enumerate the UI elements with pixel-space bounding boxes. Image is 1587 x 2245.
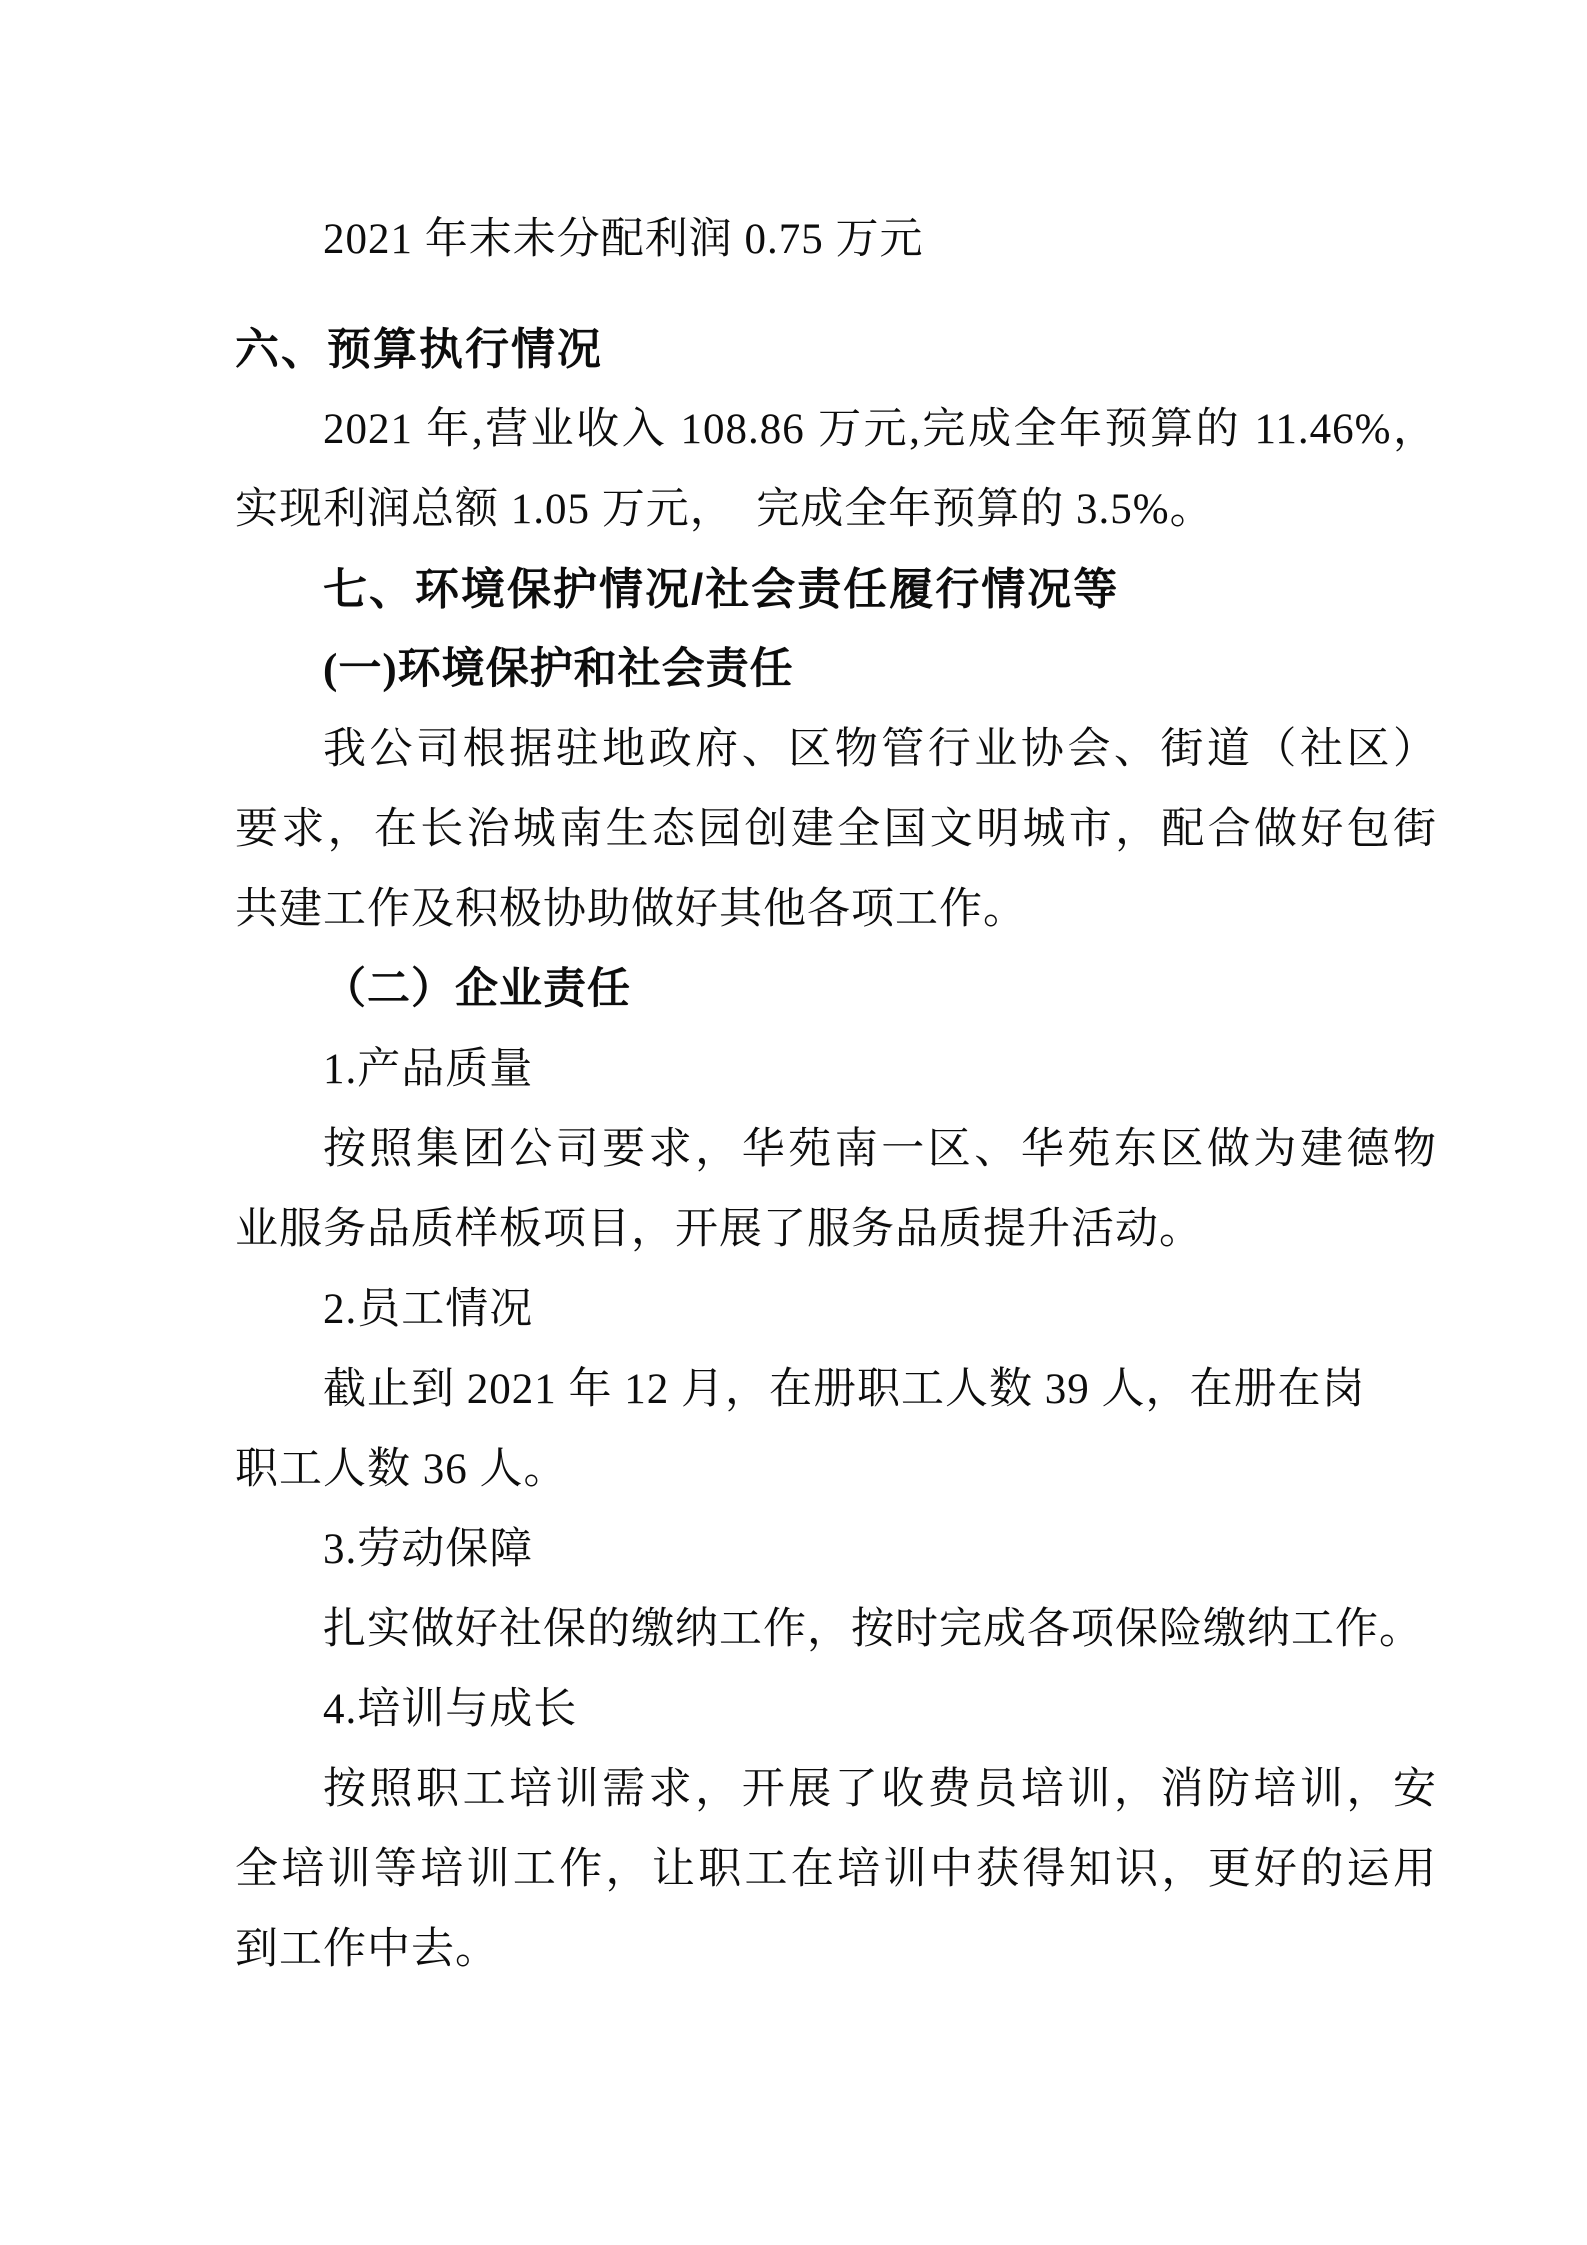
section-budget-execution: 六、预算执行情况 2021 年,营业收入 108.86 万元,完成全年预算的 1… (235, 310, 1437, 550)
budget-para-line-2: 实现利润总额 1.05 万元， 完成全年预算的 3.5%。 (235, 470, 1437, 550)
item-4-para-line-2: 全培训等培训工作，让职工在培训中获得知识，更好的运用 (235, 1830, 1437, 1910)
item-staff-situation: 2.员工情况 截止到 2021 年 12 月，在册职工人数 39 人，在册在岗 … (235, 1270, 1437, 1510)
env-para-line-2: 要求，在长治城南生态园创建全国文明城市，配合做好包街 (235, 790, 1437, 870)
section-six-heading: 六、预算执行情况 (235, 310, 1437, 390)
item-labor-security: 3.劳动保障 扎实做好社保的缴纳工作，按时完成各项保险缴纳工作。 (235, 1510, 1437, 1670)
item-2-para-line-1: 截止到 2021 年 12 月，在册职工人数 39 人，在册在岗 (235, 1350, 1437, 1430)
item-1-para-line-1: 按照集团公司要求，华苑南一区、华苑东区做为建德物 (235, 1110, 1437, 1190)
budget-para-line-1: 2021 年,营业收入 108.86 万元,完成全年预算的 11.46%， (235, 390, 1437, 470)
item-training-growth: 4.培训与成长 按照职工培训需求，开展了收费员培训，消防培训，安 全培训等培训工… (235, 1670, 1437, 1990)
item-2-title: 2.员工情况 (235, 1270, 1437, 1350)
subsection-corporate-responsibility: （二）企业责任 1.产品质量 按照集团公司要求，华苑南一区、华苑东区做为建德物 … (235, 950, 1437, 1990)
item-2-para-line-2: 职工人数 36 人。 (235, 1430, 1437, 1510)
env-para-line-3: 共建工作及积极协助做好其他各项工作。 (235, 870, 1437, 950)
subsection-one-heading: (一)环境保护和社会责任 (235, 630, 1437, 710)
document-page: 2021 年末未分配利润 0.75 万元 六、预算执行情况 2021 年,营业收… (0, 0, 1587, 2245)
subsection-environment: (一)环境保护和社会责任 我公司根据驻地政府、区物管行业协会、街道（社区） 要求… (235, 630, 1437, 950)
section-seven-heading: 七、环境保护情况/社会责任履行情况等 (235, 550, 1437, 630)
item-3-para-line-1: 扎实做好社保的缴纳工作，按时完成各项保险缴纳工作。 (235, 1590, 1437, 1670)
item-3-title: 3.劳动保障 (235, 1510, 1437, 1590)
undistributed-profit-line: 2021 年末未分配利润 0.75 万元 (235, 200, 1437, 280)
item-product-quality: 1.产品质量 按照集团公司要求，华苑南一区、华苑东区做为建德物 业服务品质样板项… (235, 1030, 1437, 1270)
item-4-para-line-1: 按照职工培训需求，开展了收费员培训，消防培训，安 (235, 1750, 1437, 1830)
item-4-para-line-3: 到工作中去。 (235, 1910, 1437, 1990)
item-1-para-line-2: 业服务品质样板项目，开展了服务品质提升活动。 (235, 1190, 1437, 1270)
env-para-line-1: 我公司根据驻地政府、区物管行业协会、街道（社区） (235, 710, 1437, 790)
subsection-two-heading: （二）企业责任 (235, 950, 1437, 1030)
item-1-title: 1.产品质量 (235, 1030, 1437, 1110)
item-4-title: 4.培训与成长 (235, 1670, 1437, 1750)
section-environment-social-responsibility: 七、环境保护情况/社会责任履行情况等 (一)环境保护和社会责任 我公司根据驻地政… (235, 550, 1437, 1990)
